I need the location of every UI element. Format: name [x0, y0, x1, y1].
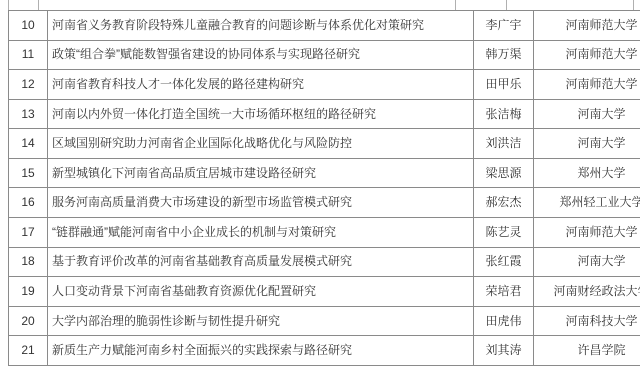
university-name: 河南财经政法大学 [534, 277, 640, 307]
row-number: 11 [9, 40, 48, 70]
row-number: 12 [9, 70, 48, 100]
university-name: 河南师范大学 [534, 218, 640, 248]
row-number: 20 [9, 306, 48, 336]
row-number: 13 [9, 99, 48, 129]
university-name: 郑州轻工业大学 [534, 188, 640, 218]
university-name: 河南大学 [534, 247, 640, 277]
row-number: 21 [9, 336, 48, 366]
cropped-row-border-stub [38, 0, 39, 10]
cropped-row-border-stub [506, 0, 507, 10]
project-title: 大学内部治理的脆弱性诊断与韧性提升研究 [48, 306, 474, 336]
leader-name: 李广宇 [474, 11, 534, 41]
project-title: 新型城镇化下河南省高品质宜居城市建设路径研究 [48, 158, 474, 188]
cropped-row-border-stub [633, 0, 634, 10]
project-title: 区域国别研究助力河南省企业国际化战略优化与风险防控 [48, 129, 474, 159]
leader-name: 梁思源 [474, 158, 534, 188]
university-name: 河南大学 [534, 129, 640, 159]
university-name: 河南大学 [534, 99, 640, 129]
row-number: 19 [9, 277, 48, 307]
leader-name: 郝宏杰 [474, 188, 534, 218]
row-number: 14 [9, 129, 48, 159]
university-name: 河南师范大学 [534, 11, 640, 41]
leader-name: 韩万渠 [474, 40, 534, 70]
table-row: 13 河南以内外贸一体化打造全国统一大市场循环枢纽的路径研究 张洁梅 河南大学 [9, 99, 640, 129]
project-list-body: 10 河南省义务教育阶段特殊儿童融合教育的问题诊断与体系优化对策研究 李广宇 河… [9, 11, 640, 366]
row-number: 18 [9, 247, 48, 277]
table-row: 17 “链群融通”赋能河南省中小企业成长的机制与对策研究 陈艺灵 河南师范大学 [9, 218, 640, 248]
table-row: 18 基于教育评价改革的河南省基础教育高质量发展模式研究 张红霞 河南大学 [9, 247, 640, 277]
project-title: 河南省教育科技人才一体化发展的路径建构研究 [48, 70, 474, 100]
row-number: 15 [9, 158, 48, 188]
university-name: 许昌学院 [534, 336, 640, 366]
university-name: 河南师范大学 [534, 70, 640, 100]
project-title: “链群融通”赋能河南省中小企业成长的机制与对策研究 [48, 218, 474, 248]
project-title: 基于教育评价改革的河南省基础教育高质量发展模式研究 [48, 247, 474, 277]
university-name: 河南科技大学 [534, 306, 640, 336]
cropped-row-border-stub [8, 0, 9, 10]
table-row: 21 新质生产力赋能河南乡村全面振兴的实践探索与路径研究 刘其涛 许昌学院 [9, 336, 640, 366]
project-title: 河南省义务教育阶段特殊儿童融合教育的问题诊断与体系优化对策研究 [48, 11, 474, 41]
leader-name: 张洁梅 [474, 99, 534, 129]
row-number: 17 [9, 218, 48, 248]
leader-name: 陈艺灵 [474, 218, 534, 248]
table-row: 10 河南省义务教育阶段特殊儿童融合教育的问题诊断与体系优化对策研究 李广宇 河… [9, 11, 640, 41]
table-row: 20 大学内部治理的脆弱性诊断与韧性提升研究 田虎伟 河南科技大学 [9, 306, 640, 336]
leader-name: 刘其涛 [474, 336, 534, 366]
project-list-table: 10 河南省义务教育阶段特殊儿童融合教育的问题诊断与体系优化对策研究 李广宇 河… [8, 10, 640, 366]
leader-name: 荣培君 [474, 277, 534, 307]
project-title: 人口变动背景下河南省基础教育资源优化配置研究 [48, 277, 474, 307]
leader-name: 田甲乐 [474, 70, 534, 100]
row-number: 16 [9, 188, 48, 218]
table-row: 15 新型城镇化下河南省高品质宜居城市建设路径研究 梁思源 郑州大学 [9, 158, 640, 188]
leader-name: 田虎伟 [474, 306, 534, 336]
row-number: 10 [9, 11, 48, 41]
cropped-row-border-stub [455, 0, 456, 10]
university-name: 河南师范大学 [534, 40, 640, 70]
table-row: 12 河南省教育科技人才一体化发展的路径建构研究 田甲乐 河南师范大学 [9, 70, 640, 100]
leader-name: 张红霞 [474, 247, 534, 277]
project-title: 政策“组合拳”赋能数智强省建设的协同体系与实现路径研究 [48, 40, 474, 70]
project-title: 新质生产力赋能河南乡村全面振兴的实践探索与路径研究 [48, 336, 474, 366]
project-title: 服务河南高质量消费大市场建设的新型市场监管模式研究 [48, 188, 474, 218]
table-row: 11 政策“组合拳”赋能数智强省建设的协同体系与实现路径研究 韩万渠 河南师范大… [9, 40, 640, 70]
table-row: 14 区域国别研究助力河南省企业国际化战略优化与风险防控 刘洪洁 河南大学 [9, 129, 640, 159]
table-row: 19 人口变动背景下河南省基础教育资源优化配置研究 荣培君 河南财经政法大学 [9, 277, 640, 307]
project-title: 河南以内外贸一体化打造全国统一大市场循环枢纽的路径研究 [48, 99, 474, 129]
table-row: 16 服务河南高质量消费大市场建设的新型市场监管模式研究 郝宏杰 郑州轻工业大学 [9, 188, 640, 218]
leader-name: 刘洪洁 [474, 129, 534, 159]
university-name: 郑州大学 [534, 158, 640, 188]
